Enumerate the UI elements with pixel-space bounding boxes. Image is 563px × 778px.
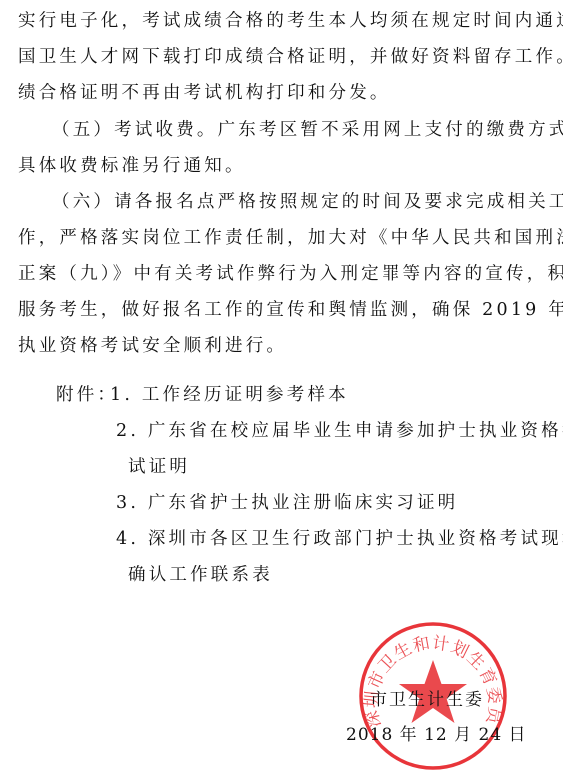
attachment-item-2: 2. 广东省在校应届毕业生申请参加护士执业资格考 [116, 420, 563, 442]
paragraph-1-line-3: 绩合格证明不再由考试机构打印和分发。 [18, 82, 391, 104]
paragraph-2-line-2: 具体收费标准另行通知。 [18, 155, 246, 177]
paragraph-3-line-4: 服务考生，做好报名工作的宣传和舆情监测，确保 2019 年护士 [18, 299, 563, 321]
paragraph-3-line-5: 执业资格考试安全顺利进行。 [18, 335, 287, 357]
attachment-item-4-cont: 确认工作联系表 [128, 564, 273, 586]
paragraph-2-line-1: （五）考试收费。广东考区暂不采用网上支付的缴费方式。 [52, 119, 563, 141]
attachments-label: 附件： [56, 384, 118, 406]
paragraph-3-line-3: 正案（九）》中有关考试作弊行为入刑定罪等内容的宣传，积极 [18, 263, 563, 285]
attachment-item-1: 1. 工作经历证明参考样本 [110, 384, 349, 406]
paragraph-1-line-1: 实行电子化，考试成绩合格的考生本人均须在规定时间内通过中 [18, 10, 563, 32]
attachment-item-3: 3. 广东省护士执业注册临床实习证明 [116, 492, 458, 514]
paragraph-1-line-2: 国卫生人才网下载打印成绩合格证明，并做好资料留存工作。成 [18, 46, 563, 68]
attachment-item-4: 4. 深圳市各区卫生行政部门护士执业资格考试现场 [116, 528, 563, 550]
paragraph-3-line-1: （六）请各报名点严格按照规定的时间及要求完成相关工 [52, 191, 563, 213]
issue-date: 2018 年 12 月 24 日 [346, 724, 527, 746]
attachment-item-2-cont: 试证明 [128, 456, 190, 478]
paragraph-3-line-2: 作，严格落实岗位工作责任制，加大对《中华人民共和国刑法修 [18, 227, 563, 249]
issuer-name: 市卫生计生委 [370, 689, 484, 711]
